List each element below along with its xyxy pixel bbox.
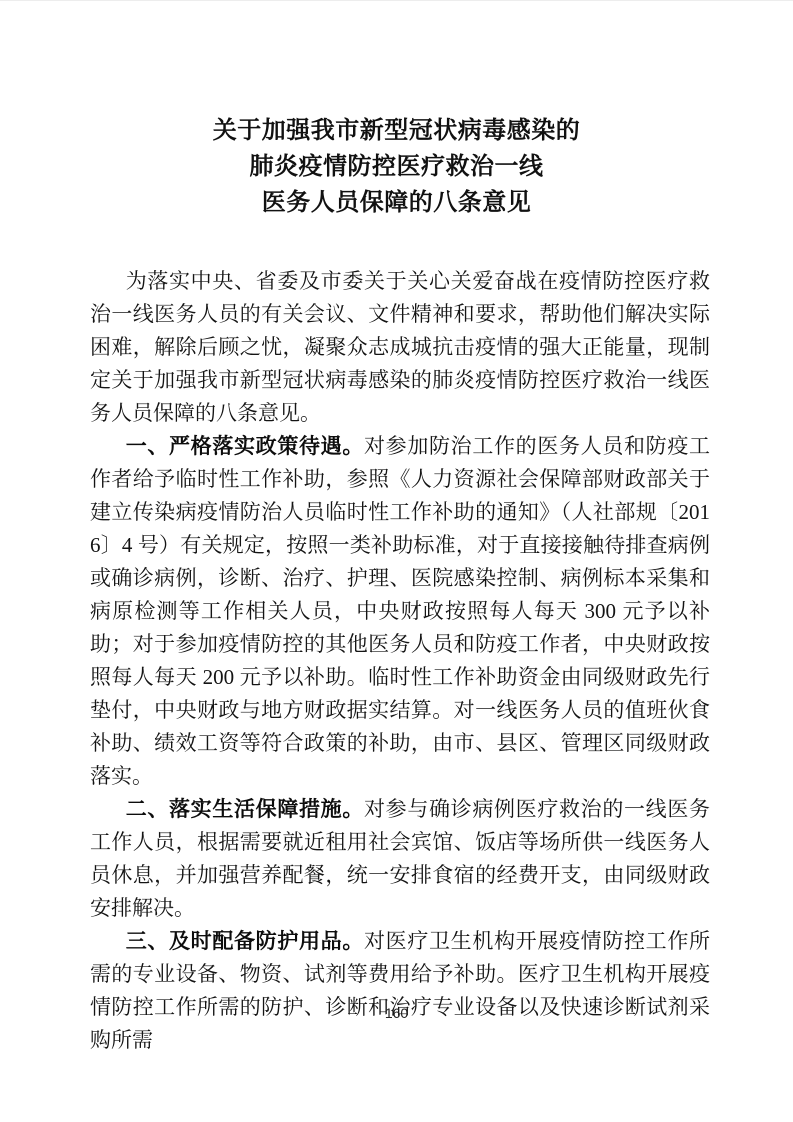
paragraph-heading: 三、及时配备防护用品。 [126, 930, 364, 953]
document-title: 关于加强我市新型冠状病毒感染的 肺炎疫情防控医疗救治一线 医务人员保障的八条意见 [0, 1, 793, 221]
page-number: 160 [0, 1005, 793, 1021]
paragraph-text: 为落实中央、省委及市委关于关心关爱奋战在疫情防控医疗救治一线医务人员的有关会议、… [90, 269, 710, 425]
title-line-2: 肺炎疫情防控医疗救治一线 [60, 149, 733, 185]
paragraph: 一、严格落实政策待遇。对参加防治工作的医务人员和防疫工作者给予临时性工作补助，参… [90, 430, 710, 793]
paragraph: 三、及时配备防护用品。对医疗卫生机构开展疫情防控工作所需的专业设备、物资、试剂等… [90, 925, 710, 1057]
paragraph: 为落实中央、省委及市委关于关心关爱奋战在疫情防控医疗救治一线医务人员的有关会议、… [90, 265, 710, 430]
title-line-1: 关于加强我市新型冠状病毒感染的 [60, 113, 733, 149]
document-page: 关于加强我市新型冠状病毒感染的 肺炎疫情防控医疗救治一线 医务人员保障的八条意见… [0, 0, 793, 1122]
title-line-3: 医务人员保障的八条意见 [60, 185, 733, 221]
paragraph-heading: 一、严格落实政策待遇。 [126, 435, 364, 458]
paragraph-heading: 二、落实生活保障措施。 [126, 798, 364, 821]
document-body: 为落实中央、省委及市委关于关心关爱奋战在疫情防控医疗救治一线医务人员的有关会议、… [90, 265, 710, 1057]
paragraph-text: 对参加防治工作的医务人员和防疫工作者给予临时性工作补助，参照《人力资源社会保障部… [90, 434, 710, 788]
paragraph: 二、落实生活保障措施。对参与确诊病例医疗救治的一线医务工作人员，根据需要就近租用… [90, 793, 710, 925]
